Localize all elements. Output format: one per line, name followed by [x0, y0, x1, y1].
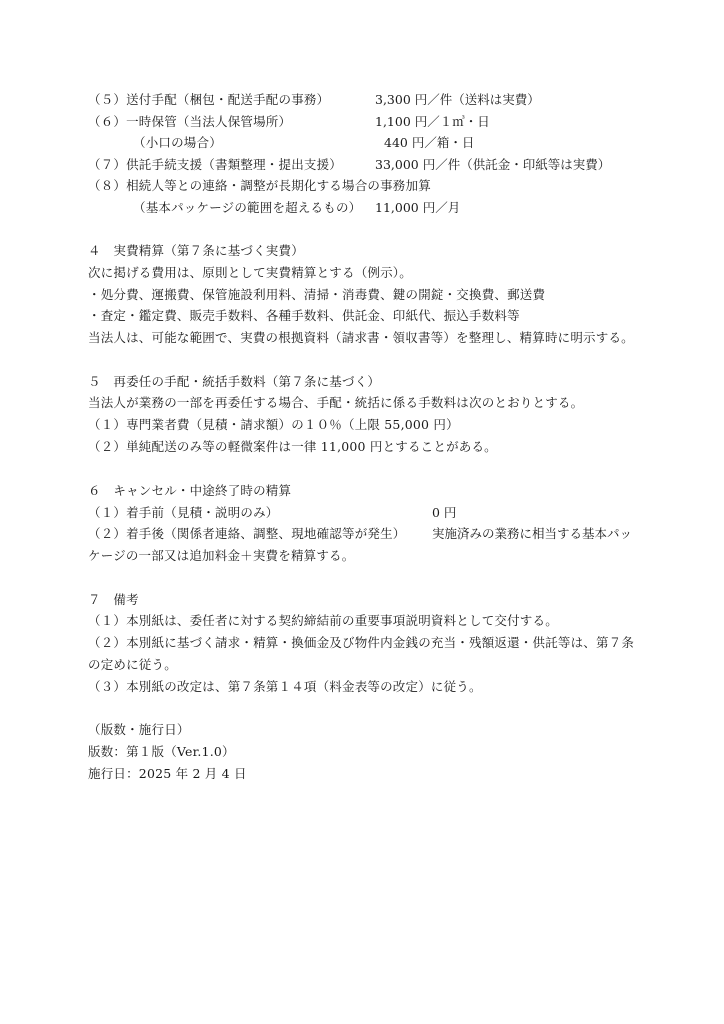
- section-6-item-2-continuation: ケージの一部又は追加料金＋実費を精算する。: [88, 548, 354, 564]
- version-heading: （版数・施行日）: [88, 722, 190, 738]
- section-4-line: ・処分費、運搬費、保管施設利用料、清掃・消毒費、鍵の開錠・交換費、郵送費: [88, 287, 545, 303]
- section-7-line: （２）本別紙に基づく請求・精算・換価金及び物件内金銭の充当・残額返還・供託等は、…: [88, 635, 634, 651]
- fee-item-5-price: 3,300 円／件（送料は実費）: [375, 92, 540, 108]
- document-page: （５）送付手配（梱包・配送手配の事務） 3,300 円／件（送料は実費） （６）…: [0, 0, 724, 1024]
- section-4-line: ・査定・鑑定費、販売手数料、各種手数料、供託金、印紙代、振込手数料等: [88, 308, 520, 324]
- section-6-item-1-label: （１）着手前（見積・説明のみ）: [88, 505, 279, 521]
- section-4-line: 当法人は、可能な範囲で、実費の根拠資料（請求書・領収書等）を整理し、精算時に明示…: [88, 330, 634, 346]
- section-4-line: 次に掲げる費用は、原則として実費精算とする（例示）。: [88, 265, 412, 281]
- fee-item-6-label: （６）一時保管（当法人保管場所）: [88, 114, 291, 130]
- version-edition: 版数：第１版（Ver.1.0）: [88, 744, 235, 760]
- section-5-line: （２）単純配送のみ等の軽微案件は一律 11,000 円とすることがある。: [88, 439, 497, 455]
- section-7-line: の定めに従う。: [88, 657, 177, 673]
- section-6-item-2-label: （２）着手後（関係者連絡、調整、現地確認等が発生）: [88, 526, 406, 542]
- section-6-heading: ６ キャンセル・中途終了時の精算: [88, 483, 291, 499]
- fee-item-8-price: 11,000 円／月: [375, 200, 460, 216]
- fee-item-6-sub-label: （小口の場合）: [133, 135, 222, 151]
- section-4-heading: ４ 実費精算（第７条に基づく実費）: [88, 243, 304, 259]
- section-7-line: （１）本別紙は、委任者に対する契約締結前の重要事項説明資料として交付する。: [88, 613, 558, 629]
- version-effective-date: 施行日：2025 年 2 月 4 日: [88, 766, 247, 782]
- fee-item-6-sub-price: 440 円／箱・日: [384, 135, 474, 151]
- fee-item-6-price: 1,100 円／１㎥・日: [375, 114, 490, 130]
- section-5-line: 当法人が業務の一部を再委任する場合、手配・統括に係る手数料は次のとおりとする。: [88, 395, 583, 411]
- section-6-item-2-value: 実施済みの業務に相当する基本パッ: [432, 526, 632, 542]
- section-7-line: （３）本別紙の改定は、第７条第１４項（料金表等の改定）に従う。: [88, 679, 482, 695]
- section-5-heading: ５ 再委任の手配・統括手数料（第７条に基づく）: [88, 374, 380, 390]
- section-7-heading: ７ 備考: [88, 592, 139, 608]
- fee-item-7-label: （７）供託手続支援（書類整理・提出支援）: [88, 157, 342, 173]
- section-5-line: （１）専門業者費（見積・請求額）の１０％（上限 55,000 円）: [88, 417, 459, 433]
- fee-item-8-label: （８）相続人等との連絡・調整が長期化する場合の事務加算: [88, 178, 431, 194]
- section-6-item-1-value: 0 円: [432, 505, 456, 521]
- fee-item-7-price: 33,000 円／件（供託金・印紙等は実費）: [375, 157, 610, 173]
- fee-item-8-sub-label: （基本パッケージの範囲を超えるもの）: [133, 200, 361, 216]
- fee-item-5-label: （５）送付手配（梱包・配送手配の事務）: [88, 92, 329, 108]
